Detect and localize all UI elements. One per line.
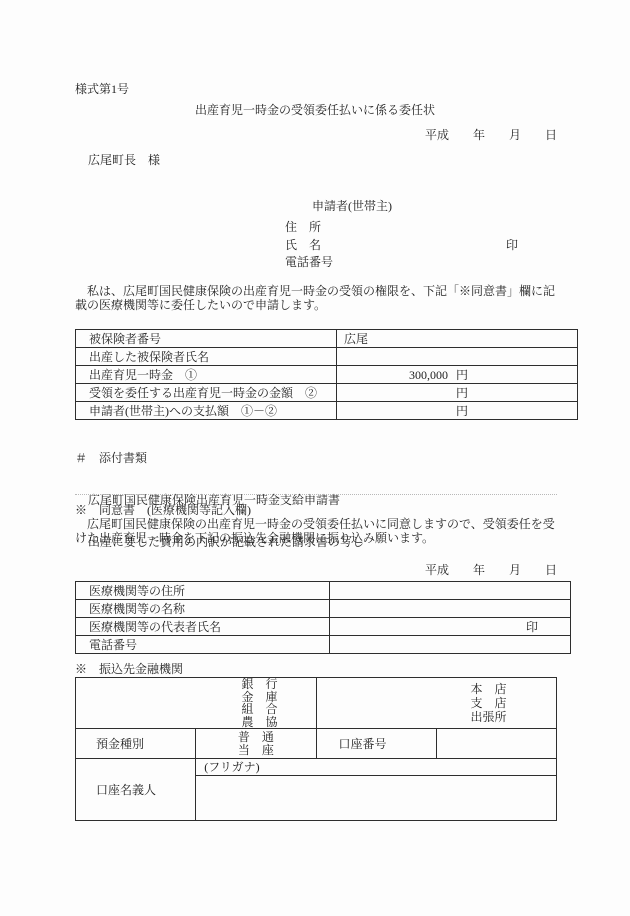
section-divider	[75, 494, 557, 495]
insured-number-value: 広尾	[337, 330, 578, 348]
document-title: 出産育児一時金の受領委任払いに係る委任状	[0, 103, 630, 117]
deposit-type-cell: 普 通 当 座	[196, 729, 316, 759]
request-paragraph: 私は、広尾町国民健康保険の出産育児一時金の受領の権限を、下記「※同意書」欄に記載…	[75, 284, 561, 312]
attachments-heading: ＃ 添付書類	[75, 451, 364, 465]
institution-type: 銀 行	[204, 678, 316, 691]
consent-paragraph: 広尾町国民健康保険の出産育児一時金の受領委任払いに同意しますので、受領委任を受け…	[75, 517, 561, 545]
payment-to-applicant-label: 申請者(世帯主)への支払額 ①－②	[76, 402, 337, 420]
table-row: 出産した被保険者氏名	[76, 348, 578, 366]
table-row: 電話番号	[76, 636, 571, 654]
applicant-address-label: 住 所	[285, 220, 321, 234]
delegated-amount-label: 受領を委任する出産育児一時金の金額 ②	[76, 384, 337, 402]
lump-sum-label: 出産育児一時金 ①	[76, 366, 337, 384]
table-row: 口座名義人 (フリガナ)	[76, 759, 557, 776]
attachments-section: ＃ 添付書類 広尾町国民健康保険出産育児一時金支給申請書 出産に要した費用の内訳…	[75, 423, 364, 577]
account-holder-value	[196, 776, 557, 821]
table-row: 被保険者番号 広尾	[76, 330, 578, 348]
bank-table: 銀 行 金 庫 組 合 農 協 本 店 支 店 出張所 預金種別 普 通 当 座	[75, 677, 557, 821]
institution-phone-value	[330, 636, 571, 654]
account-number-value	[436, 729, 556, 759]
account-number-label: 口座番号	[316, 729, 436, 759]
furigana-label-cell: (フリガナ)	[196, 759, 557, 776]
date-line-top: 平成 年 月 日	[75, 128, 557, 142]
insured-number-label: 被保険者番号	[76, 330, 337, 348]
delegation-form-page: 様式第1号 出産育児一時金の受領委任払いに係る委任状 平成 年 月 日 広尾町長…	[0, 0, 630, 916]
addressee: 広尾町長 様	[88, 153, 160, 167]
applicant-phone-label: 電話番号	[285, 255, 333, 269]
table-row: 出産育児一時金 ① 300,000 円	[76, 366, 578, 384]
institution-name-label: 医療機関等の名称	[76, 600, 330, 618]
table-row: 医療機関等の住所	[76, 582, 571, 600]
table-row: 銀 行 金 庫 組 合 農 協 本 店 支 店 出張所	[76, 678, 557, 729]
consent-heading: ※ 同意書 (医療機関等記入欄)	[75, 503, 251, 517]
deposit-type: 普 通	[200, 731, 312, 744]
institution-address-value	[330, 582, 571, 600]
deposit-type: 当 座	[200, 744, 312, 757]
table-row: 受領を委任する出産育児一時金の金額 ② 円	[76, 384, 578, 402]
yen-unit: 円	[456, 386, 468, 400]
mother-name-label: 出産した被保険者氏名	[76, 348, 337, 366]
claim-table: 被保険者番号 広尾 出産した被保険者氏名 出産育児一時金 ① 300,000 円…	[75, 329, 578, 420]
yen-unit: 円	[456, 368, 468, 382]
applicant-seal-mark: 印	[506, 238, 518, 252]
institution-address-label: 医療機関等の住所	[76, 582, 330, 600]
lump-sum-value-cell: 300,000 円	[337, 366, 578, 384]
table-row: 医療機関等の代表者氏名 印	[76, 618, 571, 636]
applicant-heading: 申請者(世帯主)	[312, 199, 392, 213]
applicant-name-label: 氏 名	[285, 238, 321, 252]
payment-to-applicant-cell: 円	[337, 402, 578, 420]
bank-name-cell: 銀 行 金 庫 組 合 農 協	[76, 678, 317, 729]
date-line-consent: 平成 年 月 日	[75, 563, 557, 577]
institution-type: 農 協	[204, 716, 316, 729]
lump-sum-amount: 300,000	[409, 368, 448, 382]
branch-type: 本 店	[421, 682, 556, 696]
institution-phone-label: 電話番号	[76, 636, 330, 654]
branch-name-cell: 本 店 支 店 出張所	[316, 678, 557, 729]
deposit-type-label: 預金種別	[76, 729, 196, 759]
institution-type: 組 合	[204, 703, 316, 716]
table-row: 医療機関等の名称	[76, 600, 571, 618]
yen-unit: 円	[456, 404, 468, 418]
representative-name-label: 医療機関等の代表者氏名	[76, 618, 330, 636]
branch-type: 出張所	[421, 710, 556, 724]
form-number: 様式第1号	[75, 82, 129, 96]
delegated-amount-cell: 円	[337, 384, 578, 402]
table-row: 申請者(世帯主)への支払額 ①－② 円	[76, 402, 578, 420]
branch-type: 支 店	[421, 696, 556, 710]
medical-institution-table: 医療機関等の住所 医療機関等の名称 医療機関等の代表者氏名 印 電話番号	[75, 581, 571, 654]
bank-section-heading: ※ 振込先金融機関	[75, 662, 183, 676]
table-row: 預金種別 普 通 当 座 口座番号	[76, 729, 557, 759]
mother-name-value	[337, 348, 578, 366]
institution-name-value	[330, 600, 571, 618]
representative-seal-mark: 印	[330, 618, 571, 636]
account-holder-label: 口座名義人	[76, 759, 196, 821]
